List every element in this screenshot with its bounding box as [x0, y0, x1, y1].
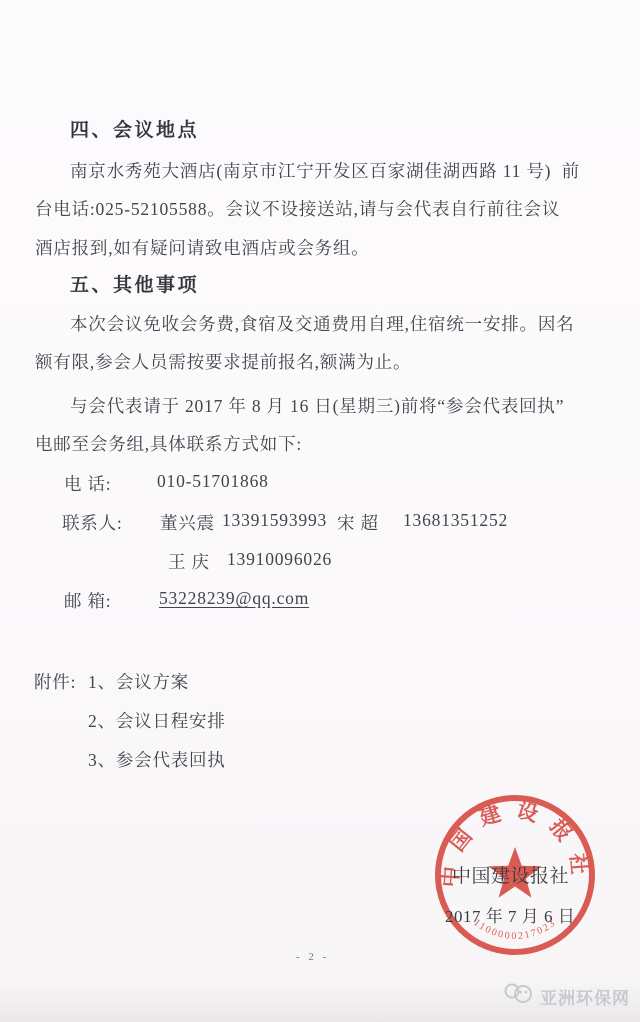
attachment-item-2: 2、会议日程安排	[88, 708, 226, 733]
section5-heading: 五、其他事项	[70, 275, 199, 297]
section5-para1-line-1: 本次会议免收会务费,食宿及交通费用自理,住宿统一安排。因名	[70, 313, 574, 335]
persons-label: 联系人:	[62, 510, 123, 535]
person3-name: 王 庆	[168, 549, 210, 574]
document-page: 四、会议地点 南京水秀苑大酒店(南京市江宁开发区百家湖佳湖西路 11 号) 前 …	[0, 0, 640, 1022]
person1-phone: 13391593993	[222, 510, 327, 531]
person2-phone: 13681351252	[403, 510, 508, 531]
attachment-item-3: 3、参会代表回执	[88, 747, 226, 772]
watermark-logo-icon	[503, 981, 537, 1010]
watermark-text: 亚洲环保网	[540, 984, 630, 1009]
attachments-row-2: 2、会议日程安排	[0, 708, 640, 732]
signature-date: 2017 年 7 月 6 日	[445, 902, 575, 927]
section4-line-1: 南京水秀苑大酒店(南京市江宁开发区百家湖佳湖西路 11 号) 前	[70, 160, 580, 182]
phone-label: 电 话:	[64, 471, 111, 496]
attachment-item-1: 1、会议方案	[88, 669, 189, 694]
person3-phone: 13910096026	[227, 549, 332, 570]
attachments-label: 附件:	[34, 669, 76, 694]
section5-para2-line-1: 与会代表请于 2017 年 8 月 16 日(星期三)前将“参会代表回执”	[70, 395, 564, 417]
email-label: 邮 箱:	[64, 588, 111, 613]
section5-para1-line-2: 额有限,参会人员需按要求提前报名,额满为止。	[35, 351, 411, 373]
person2-name: 宋 超	[337, 510, 379, 535]
contact-phone-row: 电 话: 010-51701868	[0, 471, 640, 495]
contact-email-row: 邮 箱: 53228239@qq.com	[0, 588, 640, 612]
page-number: - 2 -	[296, 951, 329, 963]
email-value: 53228239@qq.com	[159, 588, 309, 609]
phone-value: 010-51701868	[157, 471, 269, 492]
person1-name: 董兴震	[160, 510, 215, 535]
section4-heading: 四、会议地点	[70, 120, 199, 142]
attachments-row-1: 附件: 1、会议方案	[0, 669, 640, 693]
attachments-row-3: 3、参会代表回执	[0, 747, 640, 771]
section4-line-3: 酒店报到,如有疑问请致电酒店或会务组。	[35, 237, 370, 259]
signature-org: 中国建设报社	[452, 861, 569, 888]
section4-line-2: 台电话:025-52105588。会议不设接送站,请与会代表自行前往会议	[35, 198, 560, 220]
section5-para2-line-2: 电邮至会务组,具体联系方式如下:	[35, 433, 302, 455]
contact-persons-row: 联系人: 董兴震 13391593993 宋 超 13681351252	[0, 510, 640, 534]
contact-person3-row: 王 庆 13910096026	[0, 549, 640, 573]
